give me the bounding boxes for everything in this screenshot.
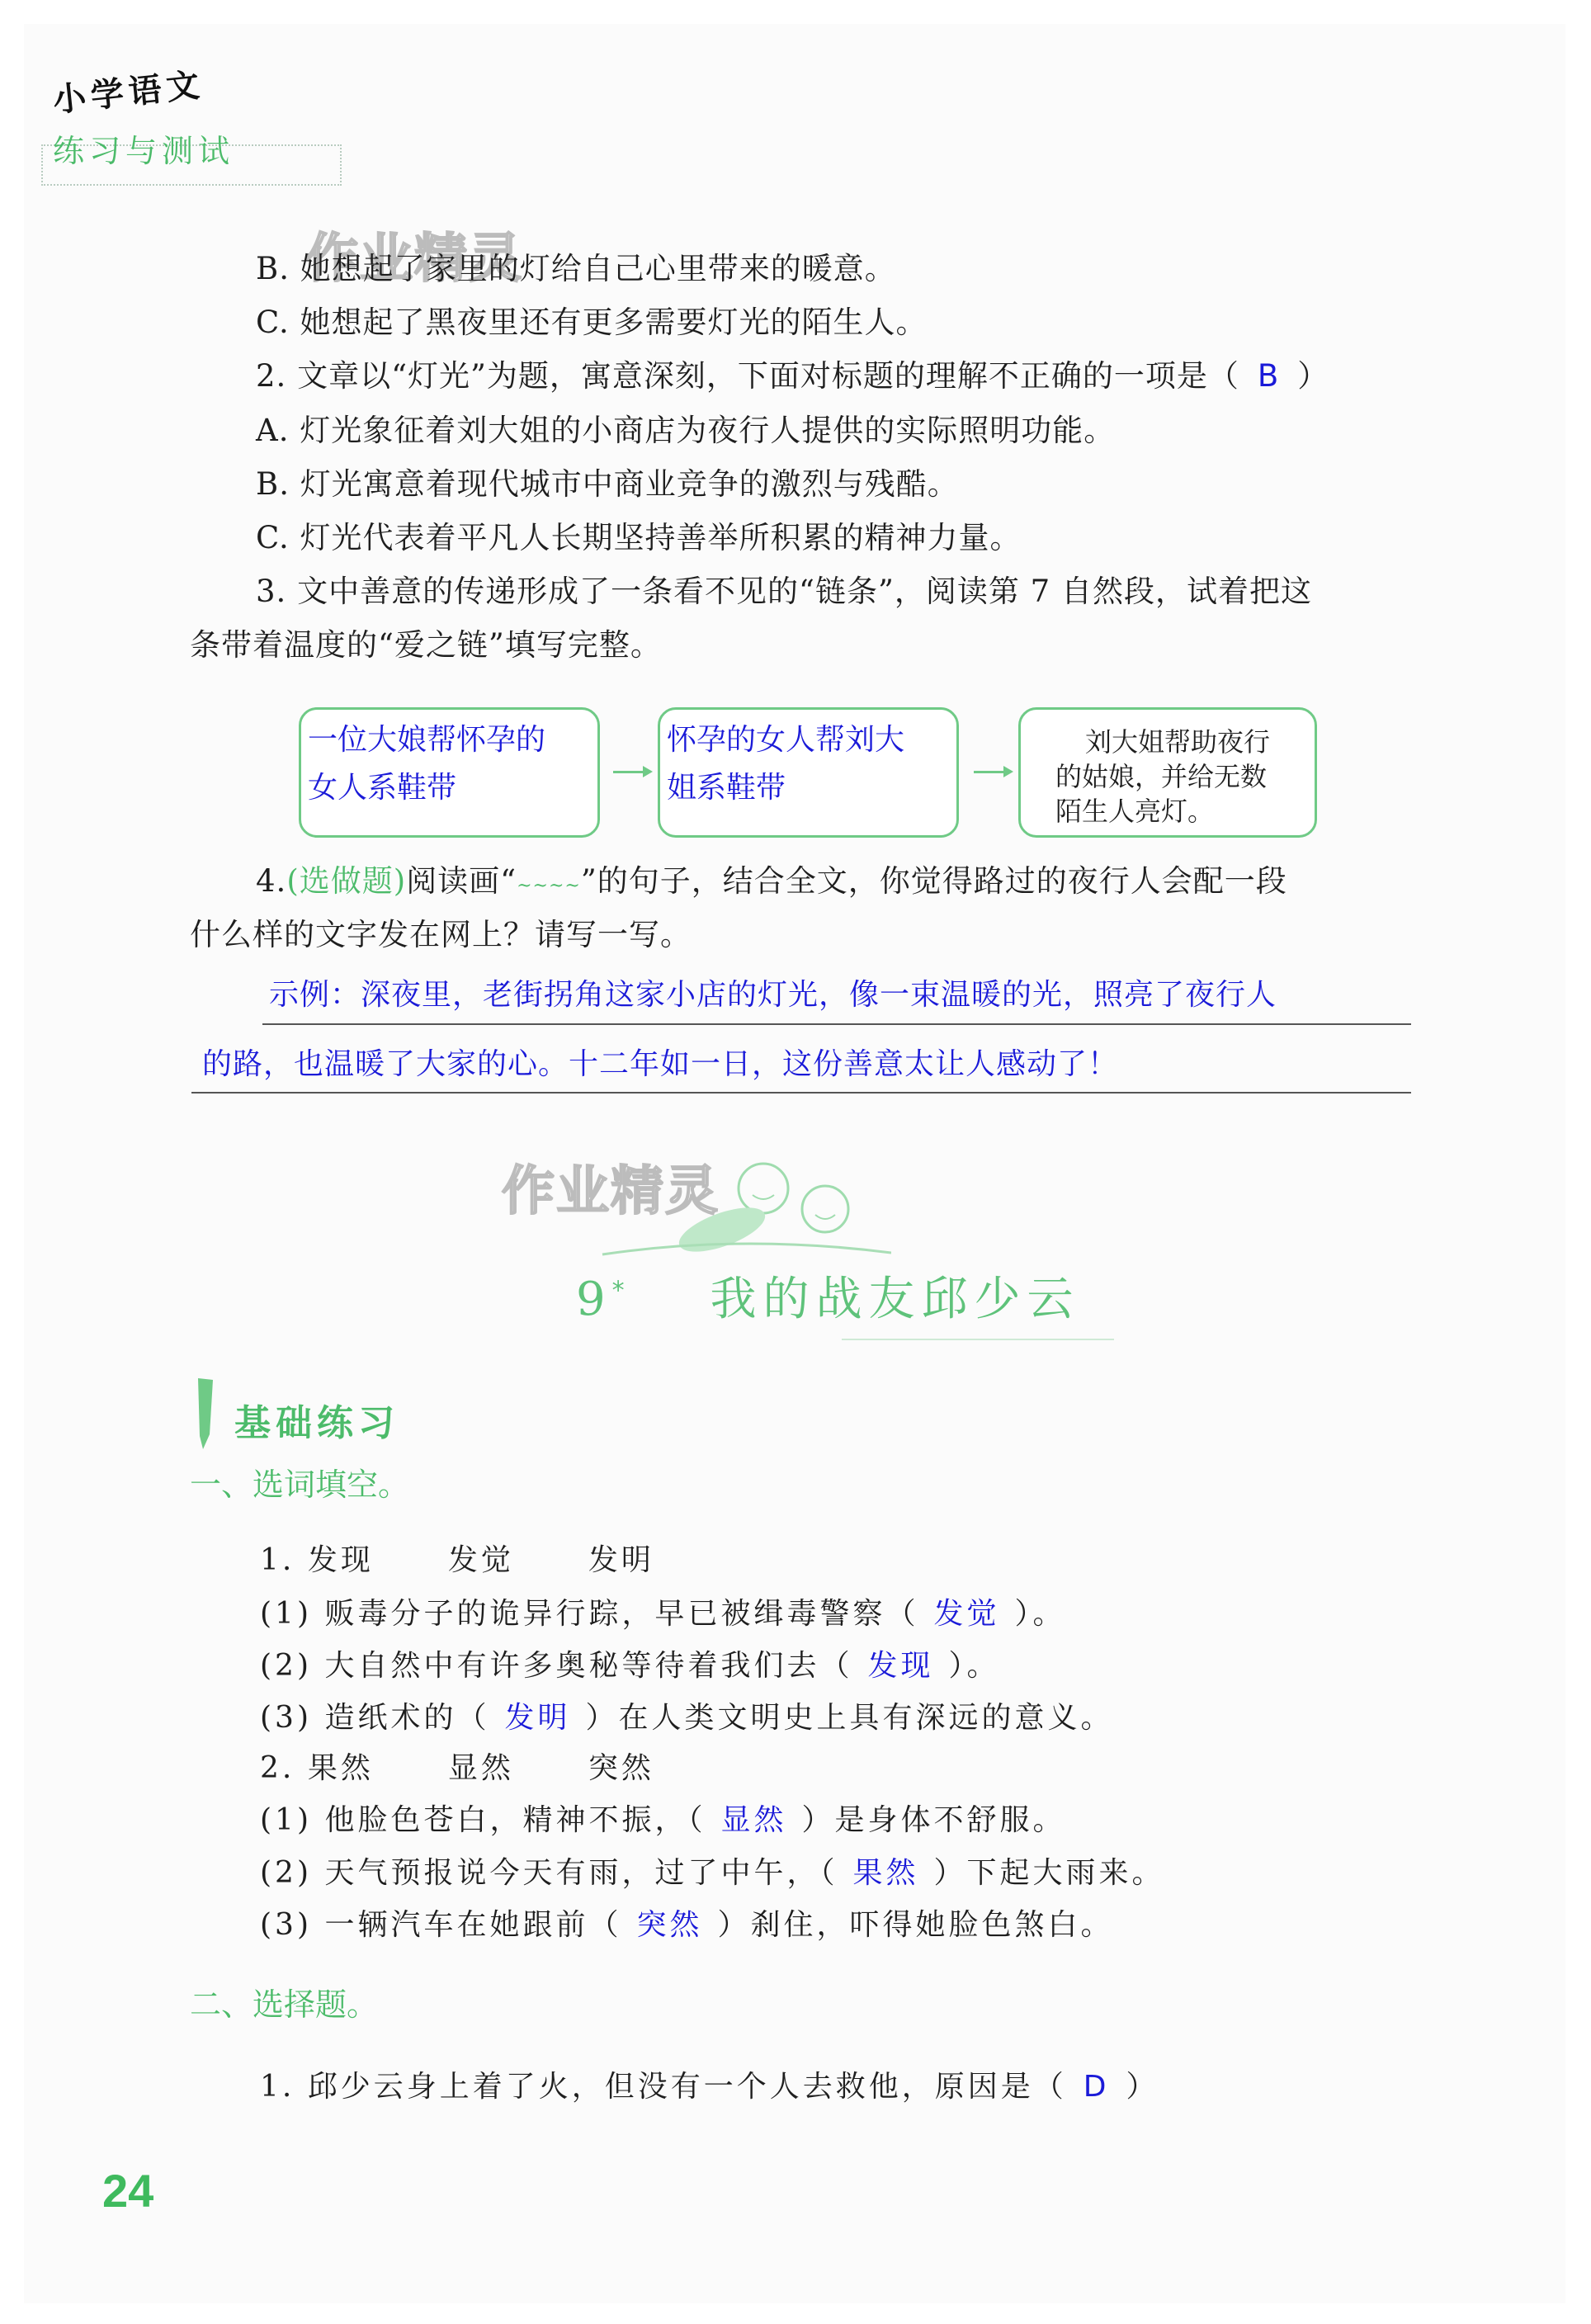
lesson-star: *	[612, 1276, 631, 1305]
answer-underline-2	[191, 1092, 1411, 1094]
page-number: 24	[102, 2164, 153, 2218]
q4-stem: 4.(选做题)阅读画“~~~~”的句子，结合全文，你觉得路过的夜行人会配一段	[256, 863, 1287, 905]
q3-stem-line2: 条带着温度的“爱之链”填写完整。	[190, 627, 662, 664]
answer-underline-1	[262, 1023, 1411, 1025]
optional-tag: (选做题)	[286, 863, 406, 899]
word-bank-2: 2. 果然显然突然	[260, 1745, 654, 1787]
basics-heading: 基础练习	[234, 1393, 399, 1446]
fill-item-1-3: (3) 造纸术的（发明）在人类文明史上具有深远的意义。	[260, 1694, 1114, 1736]
title-decoration-line	[842, 1339, 1114, 1340]
q1-option-b: B. 她想起了家里的灯给自己心里带来的暖意。	[256, 251, 896, 287]
pencil-icon	[191, 1377, 218, 1451]
q2-option-a: A. 灯光象征着刘大姐的小商店为夜行人提供的实际照明功能。	[256, 413, 1115, 449]
section2-title: 二、选择题。	[190, 1979, 378, 2024]
series-subtitle: 练习与测试	[53, 125, 234, 171]
choice-q1: 1. 邱少云身上着了火，但没有一个人去救他，原因是（D）	[260, 2063, 1159, 2105]
chain-box-3: 刘大姐帮助夜行 的姑娘，并给无数 陌生人亮灯。	[1018, 707, 1317, 838]
section1-title: 一、选词填空。	[190, 1459, 409, 1504]
fill-item-2-2: (2) 天气预报说今天有雨，过了中午，（果然）下起大雨来。	[260, 1849, 1165, 1892]
chain-arrow-icon	[974, 771, 1010, 773]
q3-stem-line1: 3. 文中善意的传递形成了一条看不见的“链条”，阅读第 7 自然段，试着把这	[256, 574, 1312, 610]
fill-item-1-1: (1) 贩毒分子的诡异行踪，早已被缉毒警察（发觉）。	[260, 1590, 1066, 1632]
word-bank-1: 1. 发现发觉发明	[260, 1537, 654, 1579]
lesson-number: 9	[576, 1273, 612, 1326]
fill-item-1-2: (2) 大自然中有许多奥秘等待着我们去（发现）。	[260, 1642, 1000, 1684]
chain-box-2: 怀孕的女人帮刘大 姐系鞋带	[658, 707, 959, 838]
lesson-title: 9* 我的战友邱少云	[576, 1263, 1079, 1329]
q2-option-b: B. 灯光寓意着现代城市中商业竞争的激烈与残酷。	[256, 466, 959, 503]
choice-q1-answer: D	[1083, 2070, 1110, 2104]
lesson-name: 我的战友邱少云	[710, 1273, 1079, 1326]
children-illustration-icon	[578, 1155, 891, 1263]
q4-answer-line2: 的路，也温暖了大家的心。十二年如一日，这份善意太让人感动了！	[202, 1046, 1118, 1083]
fill-item-2-3: (3) 一辆汽车在她跟前（突然）刹住，吓得她脸色煞白。	[260, 1901, 1114, 1944]
q2-stem: 2. 文章以“灯光”为题，寓意深刻，下面对标题的理解不正确的一项是（B）	[256, 358, 1329, 394]
wavy-line-mark: ~~~~	[517, 876, 581, 896]
q4-answer-line1: 示例：深夜里，老街拐角这家小店的灯光，像一束温暖的光，照亮了夜行人	[269, 977, 1277, 1013]
q2-answer: B	[1258, 358, 1279, 394]
q2-option-c: C. 灯光代表着平凡人长期坚持善举所积累的精神力量。	[256, 520, 1022, 556]
fill-item-2-1: (1) 他脸色苍白，精神不振，（显然）是身体不舒服。	[260, 1797, 1066, 1839]
chain-box-1: 一位大娘帮怀孕的 女人系鞋带	[299, 707, 600, 838]
q4-stem-line2: 什么样的文字发在网上？请写一写。	[190, 917, 692, 953]
chain-arrow-icon	[613, 771, 649, 773]
q1-option-c: C. 她想起了黑夜里还有更多需要灯光的陌生人。	[256, 305, 928, 341]
